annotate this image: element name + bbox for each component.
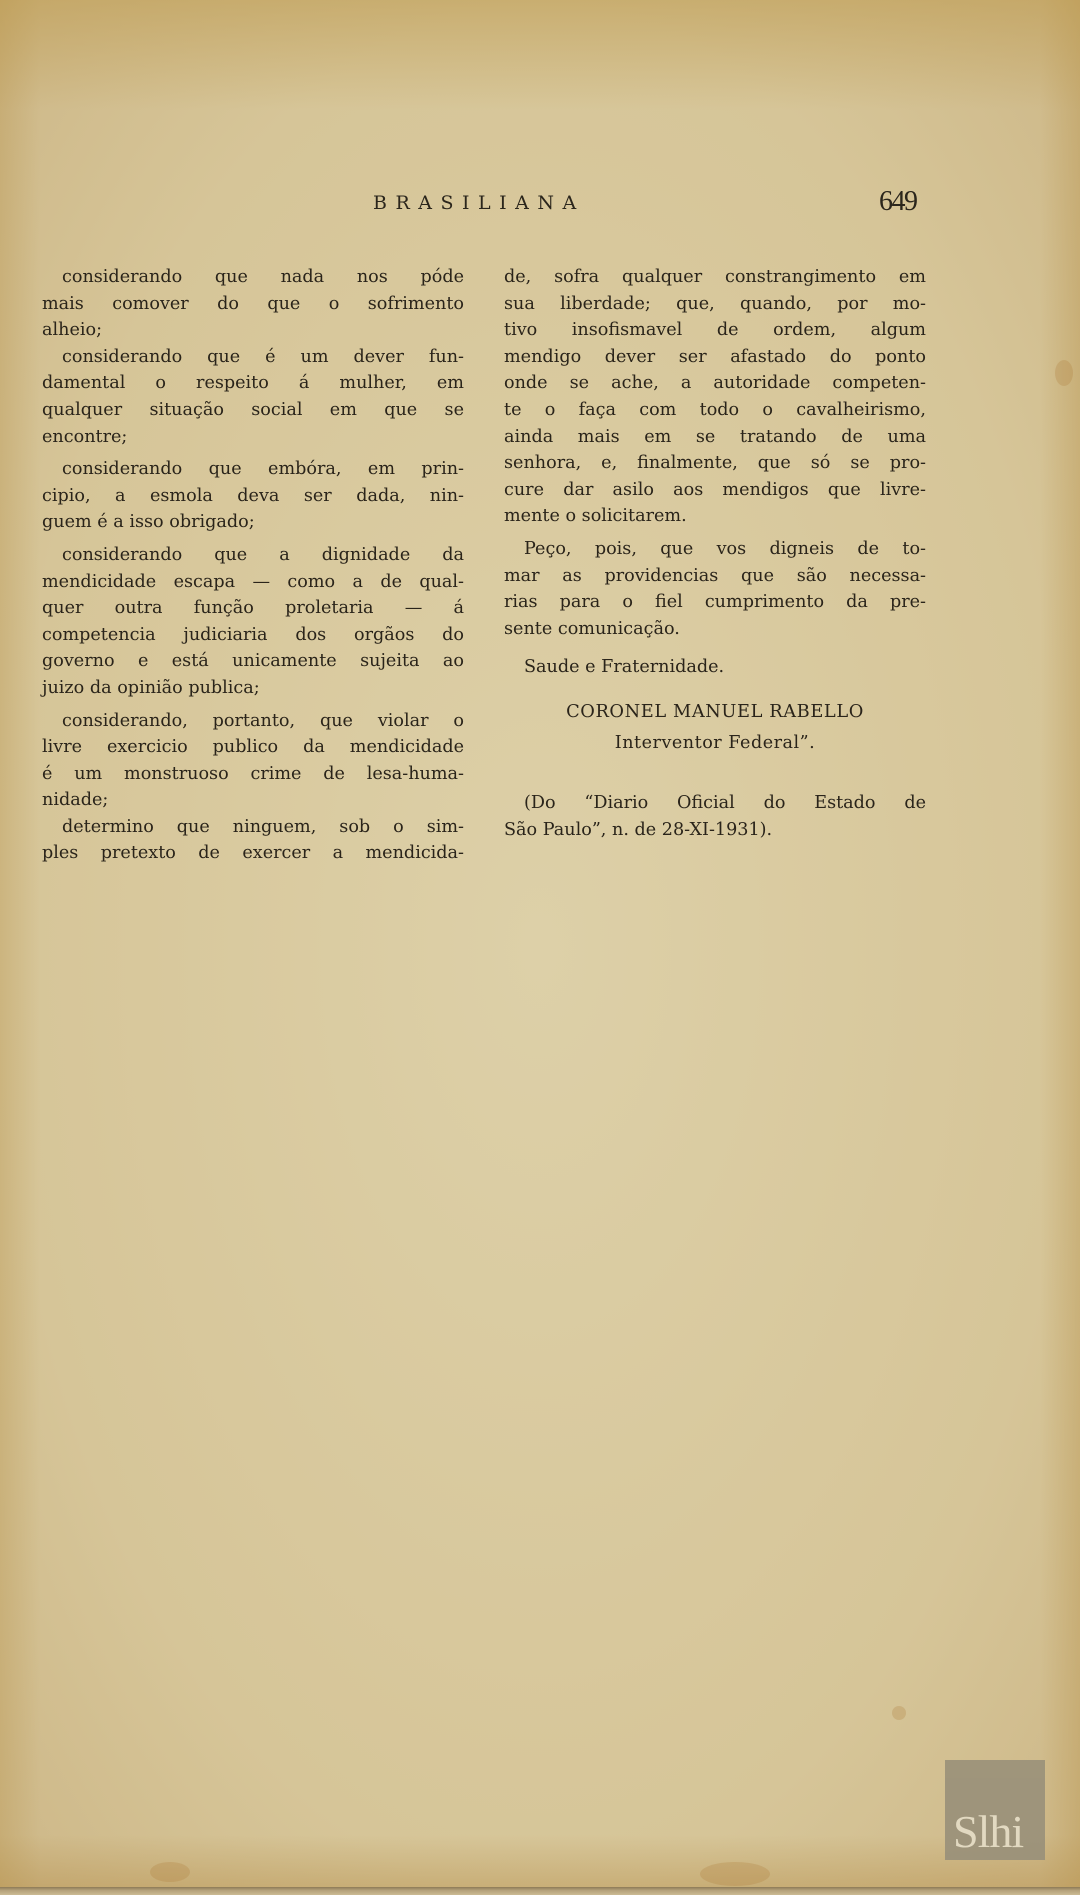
text-line: (Do “Diario Oficial do Estado de <box>504 790 926 817</box>
right-column: de, sofra qualquer constrangimento em su… <box>504 264 926 843</box>
text-line: encontre; <box>42 424 464 451</box>
paper-stain <box>892 1706 906 1720</box>
text-line: mente o solicitarem. <box>504 503 926 530</box>
source-citation: (Do “Diario Oficial do Estado de São Pau… <box>504 790 926 843</box>
watermark-text: Slhi <box>953 1805 1023 1858</box>
text-line: São Paulo”, n. de 28-XI-1931). <box>504 817 926 844</box>
watermark-logo: Slhi <box>945 1760 1045 1860</box>
text-line: damental o respeito á mulher, em <box>42 370 464 397</box>
text-line: considerando que embóra, em prin- <box>42 456 464 483</box>
paper-stain <box>700 1862 770 1886</box>
text-line: de, sofra qualquer constrangimento em <box>504 264 926 291</box>
paper-stain <box>150 1862 190 1882</box>
paper-stain <box>1055 360 1073 386</box>
text-line: tivo insofismavel de ordem, algum <box>504 317 926 344</box>
text-line: mendicidade escapa — como a de qual- <box>42 569 464 596</box>
text-line: cure dar asilo aos mendigos que livre- <box>504 477 926 504</box>
text-line: considerando que nada nos póde <box>42 264 464 291</box>
closing-line: Saude e Fraternidade. <box>504 654 926 681</box>
text-line: considerando que a dignidade da <box>42 542 464 569</box>
text-line: governo e está unicamente sujeita ao <box>42 648 464 675</box>
text-line: mais comover do que o sofrimento <box>42 291 464 318</box>
text-line: livre exercicio publico da mendicidade <box>42 734 464 761</box>
text-line: considerando que é um dever fun- <box>42 344 464 371</box>
text-line: te o faça com todo o cavalheirismo, <box>504 397 926 424</box>
running-title: BRASILIANA <box>373 192 585 214</box>
text-line: rias para o fiel cumprimento da pre- <box>504 589 926 616</box>
text-line: quer outra função proletaria — á <box>42 595 464 622</box>
paragraph: considerando que é um dever fun- damenta… <box>42 344 464 450</box>
paragraph: Peço, pois, que vos digneis de to- mar a… <box>504 536 926 642</box>
text-line: determino que ninguem, sob o sim- <box>42 814 464 841</box>
text-line: ainda mais em se tratando de uma <box>504 424 926 451</box>
text-line: onde se ache, a autoridade competen- <box>504 370 926 397</box>
text-line: é um monstruoso crime de lesa-huma- <box>42 761 464 788</box>
left-column: considerando que nada nos póde mais como… <box>42 264 464 867</box>
paragraph: considerando que a dignidade da mendicid… <box>42 542 464 702</box>
text-line: nidade; <box>42 787 464 814</box>
text-line: Interventor Federal”. <box>504 730 926 757</box>
page-bottom-edge <box>0 1887 1080 1895</box>
paragraph: de, sofra qualquer constrangimento em su… <box>504 264 926 530</box>
text-line: cipio, a esmola deva ser dada, nin- <box>42 483 464 510</box>
signature-title: Interventor Federal”. <box>504 730 926 757</box>
signature-name: CORONEL MANUEL RABELLO <box>504 699 926 726</box>
text-line: guem é a isso obrigado; <box>42 509 464 536</box>
text-line: sua liberdade; que, quando, por mo- <box>504 291 926 318</box>
text-line: mar as providencias que são necessa- <box>504 563 926 590</box>
paragraph: considerando que nada nos póde mais como… <box>42 264 464 344</box>
text-line: Peço, pois, que vos digneis de to- <box>504 536 926 563</box>
text-line: qualquer situação social em que se <box>42 397 464 424</box>
text-line: Saude e Fraternidade. <box>504 654 926 681</box>
text-line: juizo da opinião publica; <box>42 675 464 702</box>
paragraph: determino que ninguem, sob o sim- ples p… <box>42 814 464 867</box>
text-line: competencia judiciaria dos orgãos do <box>42 622 464 649</box>
text-line: alheio; <box>42 317 464 344</box>
page-header: BRASILIANA 649 <box>0 190 1080 220</box>
text-line: CORONEL MANUEL RABELLO <box>504 699 926 726</box>
page-number: 649 <box>879 186 917 218</box>
text-line: mendigo dever ser afastado do ponto <box>504 344 926 371</box>
paragraph: considerando que embóra, em prin- cipio,… <box>42 456 464 536</box>
text-line: senhora, e, finalmente, que só se pro- <box>504 450 926 477</box>
paragraph: considerando, portanto, que violar o liv… <box>42 708 464 814</box>
text-line: sente comunicação. <box>504 616 926 643</box>
text-line: considerando, portanto, que violar o <box>42 708 464 735</box>
text-line: ples pretexto de exercer a mendicida- <box>42 840 464 867</box>
